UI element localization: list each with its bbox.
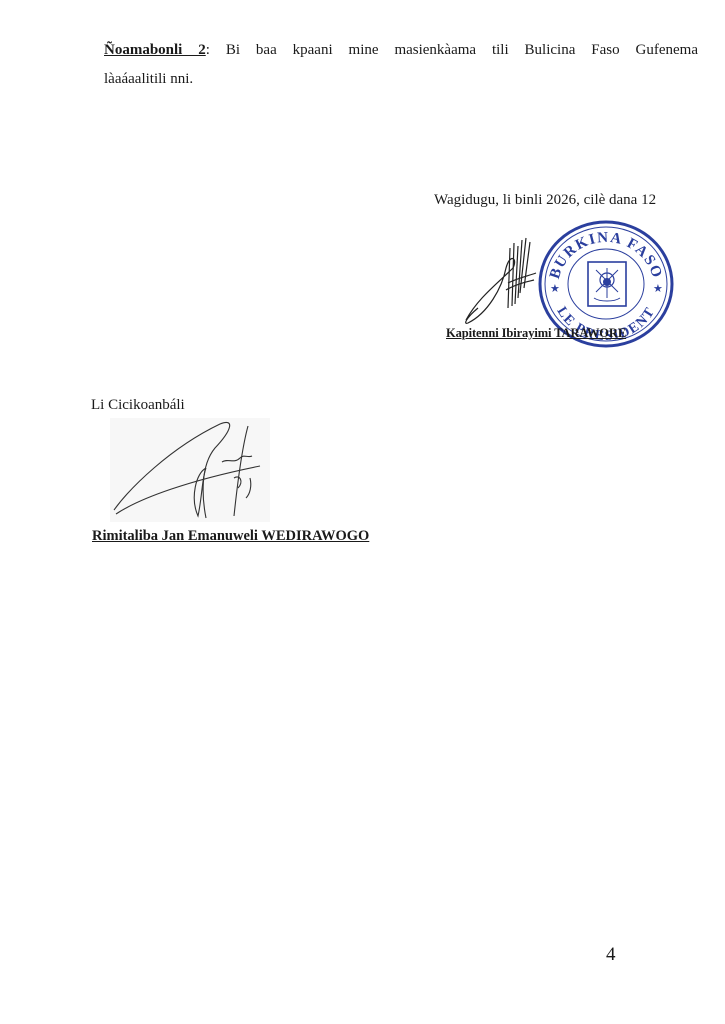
article-2: Ñoamabonli 2: Bi baa kpaani mine masienk… bbox=[104, 36, 698, 94]
article-label: Ñoamabonli 2 bbox=[104, 42, 206, 58]
article-line-1: Ñoamabonli 2: Bi baa kpaani mine masienk… bbox=[104, 36, 698, 65]
svg-text:★: ★ bbox=[653, 283, 663, 295]
article-text-1: Bi baa kpaani mine masienkàama tili Buli… bbox=[210, 42, 698, 58]
svg-text:★: ★ bbox=[550, 283, 560, 295]
secretary-title: Li Cicikoanbáli bbox=[91, 397, 185, 414]
president-name: Kapitenni Ibirayimi TARAWORE bbox=[446, 326, 626, 341]
article-text-2: làaáaalitili nni. bbox=[104, 65, 698, 94]
secretary-name: Rimitaliba Jan Emanuweli WEDIRAWOGO bbox=[92, 528, 369, 545]
secretary-signature-icon bbox=[110, 418, 270, 522]
place-date: Wagidugu, li binli 2026, cilè dana 12 bbox=[434, 192, 656, 209]
page-number: 4 bbox=[606, 944, 616, 966]
